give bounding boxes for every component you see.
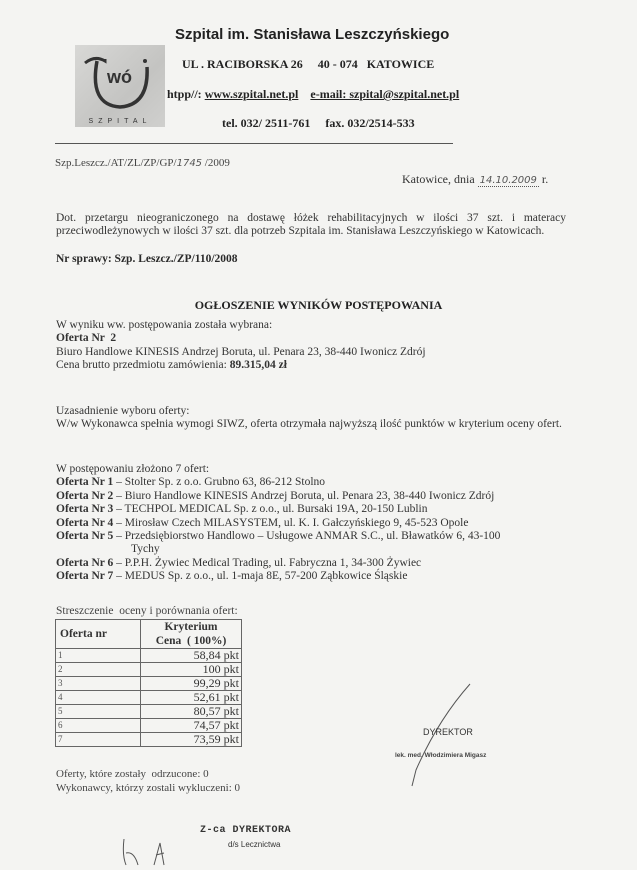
- score-cell: 100 pkt: [141, 663, 242, 677]
- director-name: lek. med. Włodzimiera Migasz: [395, 752, 486, 759]
- offer-item: Oferta Nr 3 – TECHPOL MEDICAL Sp. z o.o.…: [56, 503, 500, 516]
- table-row: 2100 pkt: [56, 663, 242, 677]
- offer-item: Oferta Nr 6 – P.P.H. Żywiec Medical Trad…: [56, 557, 500, 570]
- offer-number-cell: 3: [56, 677, 141, 691]
- justification-block: Uzasadnienie wyboru oferty: W/w Wykonawc…: [56, 405, 570, 432]
- deputy-signature-icon: [120, 835, 180, 869]
- offer-label: Oferta Nr 1: [56, 476, 113, 488]
- website-link[interactable]: www.szpital.net.pl: [205, 87, 299, 101]
- col-offer-number: Oferta nr: [56, 620, 141, 649]
- document-date: Katowice, dnia 14.10.2009 r.: [402, 172, 548, 187]
- score-cell: 80,57 pkt: [141, 705, 242, 719]
- offer-text: – Mirosław Czech MILASYSTEM, ul. K. I. G…: [113, 517, 468, 529]
- hospital-name: Szpital im. Stanisława Leszczyńskiego: [175, 26, 449, 43]
- handwritten-number: 1745: [177, 158, 202, 169]
- selection-block: W wyniku ww. postępowania została wybran…: [56, 319, 426, 373]
- score-cell: 52,61 pkt: [141, 691, 242, 705]
- score-cell: 58,84 pkt: [141, 649, 242, 663]
- offer-text: – MEDUS Sp. z o.o., ul. 1-maja 8E, 57-20…: [113, 570, 407, 582]
- price-line: Cena brutto przedmiotu zamówienia: 89.31…: [56, 359, 426, 372]
- deputy-director-stamp: Z-ca DYREKTORA: [200, 825, 291, 836]
- date-prefix: Katowice, dnia: [402, 172, 478, 186]
- table-row: 674,57 pkt: [56, 719, 242, 733]
- offer-label: Oferta Nr 4: [56, 517, 113, 529]
- subject-text: Dot. przetargu nieograniczonego na dosta…: [56, 212, 566, 239]
- criterion-title: Kryterium: [143, 620, 239, 634]
- selected-company: Biuro Handlowe KINESIS Andrzej Boruta, u…: [56, 346, 426, 359]
- offer-label: Oferta Nr 6: [56, 557, 113, 569]
- table-row: 158,84 pkt: [56, 649, 242, 663]
- reference-number: Szp.Leszcz./AT/ZL/ZP/GP/1745 /2009: [55, 157, 230, 169]
- offer-item: Oferta Nr 7 – MEDUS Sp. z o.o., ul. 1-ma…: [56, 570, 500, 583]
- scores-table: Oferta nr Kryterium Cena ( 100%) 158,84 …: [55, 619, 242, 747]
- offer-text: – TECHPOL MEDICAL Sp. z o.o., ul. Bursak…: [113, 503, 427, 515]
- web-prefix: htpp//:: [167, 87, 202, 101]
- offer-number-cell: 6: [56, 719, 141, 733]
- header-divider: [55, 143, 453, 144]
- offer-number-cell: 1: [56, 649, 141, 663]
- date-suffix: r.: [539, 172, 548, 186]
- offers-block: W postępowaniu złożono 7 ofert: Oferta N…: [56, 463, 500, 584]
- justification-heading: Uzasadnienie wyboru oferty:: [56, 405, 570, 418]
- offer-text: – Przedsiębiorstwo Handlowo – Usługowe A…: [113, 530, 500, 542]
- offer-item: Oferta Nr 5 – Przedsiębiorstwo Handlowo …: [56, 530, 500, 543]
- price-value: 89.315,04 zł: [230, 359, 287, 371]
- offer-label: Oferta Nr 2: [56, 490, 113, 502]
- selection-intro: W wyniku ww. postępowania została wybran…: [56, 319, 426, 332]
- logo-caption: SZPITAL: [75, 118, 165, 125]
- offers-heading: W postępowaniu złożono 7 ofert:: [56, 463, 500, 476]
- excluded-count: Wykonawcy, którzy zostali wykluczeni: 0: [56, 781, 240, 795]
- offer-label: Oferta Nr 5: [56, 530, 113, 542]
- score-cell: 73,59 pkt: [141, 733, 242, 747]
- table-row: 773,59 pkt: [56, 733, 242, 747]
- selected-offer: Oferta Nr 2: [56, 332, 426, 345]
- table-row: 452,61 pkt: [56, 691, 242, 705]
- offer-item: Oferta Nr 2 – Biuro Handlowe KINESIS And…: [56, 490, 500, 503]
- offer-number-cell: 5: [56, 705, 141, 719]
- offer-continuation: Tychy: [56, 543, 500, 556]
- handwritten-date: 14.10.2009: [478, 175, 539, 187]
- offer-number-cell: 4: [56, 691, 141, 705]
- director-stamp: DYREKTOR: [423, 727, 473, 737]
- offer-number-cell: 7: [56, 733, 141, 747]
- phone-fax: tel. 032/ 2511-761 fax. 032/2514-533: [222, 116, 415, 131]
- col-criterion: Kryterium Cena ( 100%): [141, 620, 242, 649]
- table-row: 580,57 pkt: [56, 705, 242, 719]
- score-cell: 99,29 pkt: [141, 677, 242, 691]
- email-link[interactable]: e-mail: szpital@szpital.net.pl: [310, 87, 459, 101]
- footer-notes: Oferty, które zostały odrzucone: 0 Wykon…: [56, 767, 240, 795]
- hospital-logo: wó SZPITAL: [75, 45, 165, 127]
- summary-label: Streszczenie oceny i porównania ofert:: [56, 605, 238, 617]
- offer-text: – P.P.H. Żywiec Medical Trading, ul. Fab…: [113, 557, 421, 569]
- offer-text: – Stolter Sp. z o.o. Grubno 63, 86-212 S…: [113, 476, 325, 488]
- justification-text: W/w Wykonawca spełnia wymogi SIWZ, ofert…: [56, 418, 570, 431]
- offer-label: Oferta Nr 7: [56, 570, 113, 582]
- deputy-department: d/s Lecznictwa: [228, 840, 280, 849]
- offer-item: Oferta Nr 4 – Mirosław Czech MILASYSTEM,…: [56, 517, 500, 530]
- offer-text: – Biuro Handlowe KINESIS Andrzej Boruta,…: [113, 490, 494, 502]
- web-contact: htpp//: www.szpital.net.pl e-mail: szpit…: [167, 87, 459, 102]
- criterion-weight: Cena ( 100%): [143, 634, 239, 648]
- reference-suffix: /2009: [202, 157, 230, 169]
- smile-logo-icon: wó: [75, 45, 165, 127]
- offer-item: Oferta Nr 1 – Stolter Sp. z o.o. Grubno …: [56, 476, 500, 489]
- offer-number-cell: 2: [56, 663, 141, 677]
- table-header-row: Oferta nr Kryterium Cena ( 100%): [56, 620, 242, 649]
- offer-label: Oferta Nr 3: [56, 503, 113, 515]
- case-number: Nr sprawy: Szp. Leszcz./ZP/110/2008: [56, 253, 238, 265]
- svg-text:wó: wó: [106, 67, 132, 87]
- table-row: 399,29 pkt: [56, 677, 242, 691]
- announcement-title: OGŁOSZENIE WYNIKÓW POSTĘPOWANIA: [0, 298, 637, 313]
- reference-prefix: Szp.Leszcz./AT/ZL/ZP/GP/: [55, 157, 177, 169]
- rejected-count: Oferty, które zostały odrzucone: 0: [56, 767, 240, 781]
- score-cell: 74,57 pkt: [141, 719, 242, 733]
- price-label: Cena brutto przedmiotu zamówienia:: [56, 359, 230, 371]
- hospital-address: UL . RACIBORSKA 26 40 - 074 KATOWICE: [182, 57, 434, 72]
